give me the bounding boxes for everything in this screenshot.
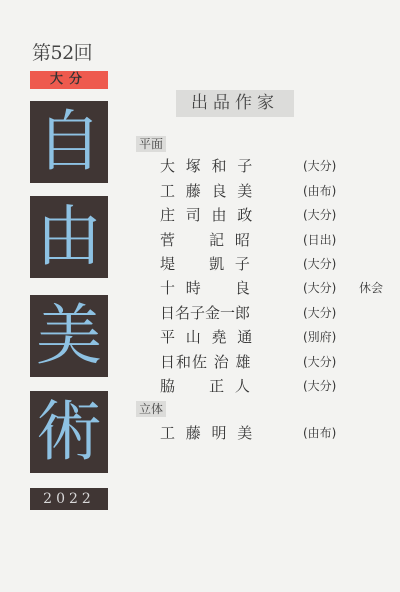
title-char-ji: 自 xyxy=(30,101,108,183)
title-char-yu: 由 xyxy=(30,196,108,278)
artist-name: 大 塚 和 子 xyxy=(160,155,303,176)
artist-name: 庄 司 由 政 xyxy=(160,204,303,225)
edition-label: 第52回 xyxy=(32,38,92,65)
artist-row: 日和佐 治 雄(大分) xyxy=(160,351,353,371)
artist-name: 菅 記 昭 xyxy=(160,229,303,250)
category-label-sculpture: 立体 xyxy=(136,401,166,417)
artist-origin: (大分) xyxy=(303,157,353,174)
artist-name: 工 藤 良 美 xyxy=(160,180,303,201)
artist-origin: (大分) xyxy=(303,304,353,321)
title-char-jutsu: 術 xyxy=(30,391,108,473)
section-heading: 出品作家 xyxy=(176,90,294,117)
artist-name: 堤 凱 子 xyxy=(160,253,303,274)
artist-row: 大 塚 和 子(大分) xyxy=(160,155,353,175)
artist-origin: (大分) xyxy=(303,255,353,272)
artist-row: 菅 記 昭(日出) xyxy=(160,229,353,249)
year-badge: 2022 xyxy=(30,488,108,510)
artist-origin: (由布) xyxy=(303,182,353,199)
artist-name: 脇 正 人 xyxy=(160,375,303,396)
artist-name: 工 藤 明 美 xyxy=(160,422,303,443)
artist-row: 脇 正 人(大分) xyxy=(160,375,353,395)
artist-origin: (別府) xyxy=(303,328,353,345)
artist-name: 平 山 堯 通 xyxy=(160,326,303,347)
artist-name: 日名子金一郎 xyxy=(160,302,303,323)
artist-row: 工 藤 明 美(由布) xyxy=(160,422,353,442)
artist-row: 平 山 堯 通(別府) xyxy=(160,326,353,346)
artist-row: 日名子金一郎(大分) xyxy=(160,302,353,322)
artist-note: 休会 xyxy=(359,279,383,296)
region-badge: 大分 xyxy=(30,71,108,89)
artist-row: 工 藤 良 美(由布) xyxy=(160,180,353,200)
artist-row: 堤 凱 子(大分) xyxy=(160,253,353,273)
category-label-painting: 平面 xyxy=(136,136,166,152)
artist-name: 十 時 良 xyxy=(160,277,303,298)
artist-origin: (大分) xyxy=(303,377,353,394)
artist-origin: (日出) xyxy=(303,231,353,248)
artist-name: 日和佐 治 雄 xyxy=(160,351,303,372)
artist-origin: (大分) xyxy=(303,353,353,370)
artist-origin: (由布) xyxy=(303,424,353,441)
title-char-bi: 美 xyxy=(30,295,108,377)
artist-origin: (大分) xyxy=(303,206,353,223)
artist-row: 十 時 良(大分)休会 xyxy=(160,277,383,297)
artist-row: 庄 司 由 政(大分) xyxy=(160,204,353,224)
artist-origin: (大分) xyxy=(303,279,353,296)
